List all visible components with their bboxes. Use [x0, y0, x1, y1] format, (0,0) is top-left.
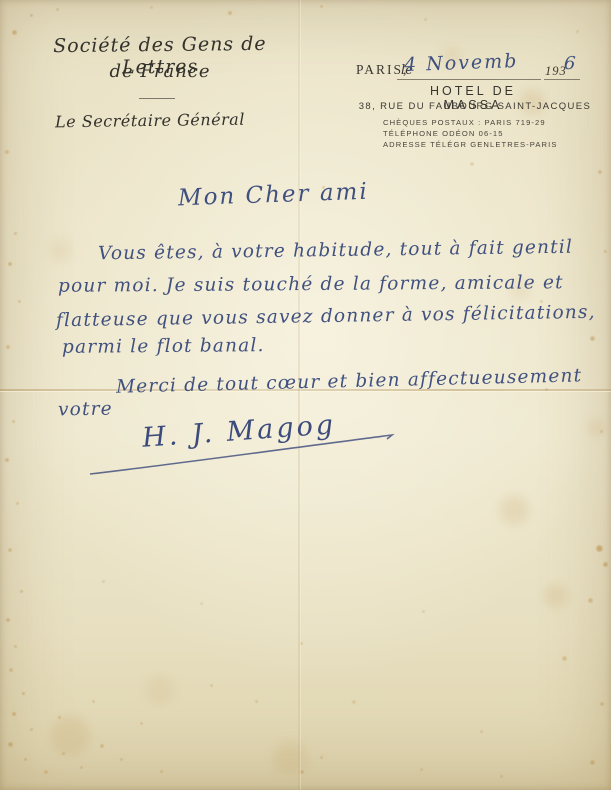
handwritten-year-digit: 6	[563, 53, 576, 75]
foxing-dot	[420, 768, 423, 771]
foxing-blotch	[499, 495, 529, 525]
telegraph-line: ADRESSE TÉLÉGR GENLETRES-PARIS	[383, 140, 558, 149]
foxing-blotch	[587, 419, 605, 437]
foxing-dot	[352, 700, 356, 704]
letterhead-divider	[139, 98, 175, 99]
foxing-dot	[22, 692, 25, 695]
foxing-dot	[14, 645, 17, 648]
foxing-dot	[160, 770, 163, 773]
foxing-dot	[588, 598, 593, 603]
letter-page: Société des Gens de Lettres de France Le…	[0, 0, 611, 790]
foxing-dot	[12, 712, 16, 716]
foxing-dot	[24, 758, 27, 761]
foxing-dot	[228, 11, 232, 15]
foxing-blotch	[145, 675, 175, 705]
foxing-dot	[5, 150, 9, 154]
foxing-dot	[80, 766, 83, 769]
body-line-3: flatteuse que vous savez donner à vos fé…	[56, 302, 596, 331]
closing-line-1: Merci de tout cœur et bien affectueuseme…	[116, 365, 583, 397]
street-address: 38, RUE DU FAUBOURG SAINT-JACQUES	[352, 101, 598, 112]
foxing-dot	[200, 602, 203, 605]
foxing-dot	[320, 5, 323, 8]
foxing-dot	[590, 336, 595, 341]
foxing-dot	[320, 756, 323, 759]
signature-flourish	[86, 424, 406, 480]
foxing-dot	[8, 742, 13, 747]
foxing-dot	[9, 668, 13, 672]
foxing-dot	[210, 684, 213, 687]
foxing-dot	[8, 548, 12, 552]
foxing-dot	[20, 590, 23, 593]
foxing-dot	[120, 758, 123, 761]
foxing-dot	[18, 300, 21, 303]
foxing-dot	[56, 8, 59, 11]
foxing-dot	[424, 18, 427, 21]
telephone-line: TÉLÉPHONE ODÉON 06-15	[383, 129, 504, 138]
foxing-dot	[5, 458, 9, 462]
body-line-1: Vous êtes, à votre habitude, tout à fait…	[98, 237, 573, 265]
foxing-dot	[102, 580, 105, 583]
cheques-postaux-line: CHÈQUES POSTAUX : PARIS 719-29	[383, 118, 546, 127]
handwritten-date: 4 Novemb	[404, 50, 519, 76]
foxing-dot	[92, 700, 95, 703]
foxing-dot	[100, 744, 104, 748]
foxing-dot	[6, 618, 10, 622]
foxing-blotch	[273, 741, 307, 775]
date-underline	[397, 79, 541, 80]
year-underline	[544, 79, 580, 80]
foxing-dot	[590, 760, 595, 765]
foxing-dot	[30, 728, 33, 731]
body-line-4: parmi le flot banal.	[62, 335, 265, 358]
foxing-blotch	[544, 584, 568, 608]
organization-name-line2: de France	[28, 61, 292, 82]
foxing-dot	[255, 700, 258, 703]
foxing-blotch	[50, 716, 90, 756]
closing-line-2: votre	[58, 399, 113, 421]
foxing-dot	[14, 232, 17, 235]
foxing-dot	[480, 730, 483, 733]
foxing-dot	[150, 6, 153, 9]
foxing-dot	[12, 420, 15, 423]
foxing-dot	[600, 702, 604, 706]
foxing-dot	[30, 14, 33, 17]
foxing-dot	[576, 30, 579, 33]
foxing-dot	[300, 642, 303, 645]
foxing-dot	[470, 162, 474, 166]
body-line-2: pour moi. Je suis touché de la forme, am…	[58, 272, 564, 297]
foxing-blotch	[48, 238, 72, 262]
foxing-dot	[604, 250, 607, 253]
foxing-dot	[500, 775, 503, 778]
sender-title: Le Secrétaire Général	[40, 109, 260, 131]
foxing-dot	[6, 345, 10, 349]
salutation: Mon Cher ami	[178, 179, 370, 212]
foxing-dot	[596, 545, 603, 552]
foxing-dot	[603, 562, 608, 567]
foxing-dot	[8, 262, 12, 266]
foxing-dot	[16, 502, 19, 505]
fold-crease-vertical	[298, 0, 300, 790]
foxing-dot	[422, 610, 425, 613]
foxing-dot	[140, 722, 143, 725]
foxing-dot	[598, 170, 602, 174]
foxing-dot	[44, 770, 48, 774]
foxing-dot	[12, 30, 17, 35]
foxing-dot	[562, 656, 567, 661]
